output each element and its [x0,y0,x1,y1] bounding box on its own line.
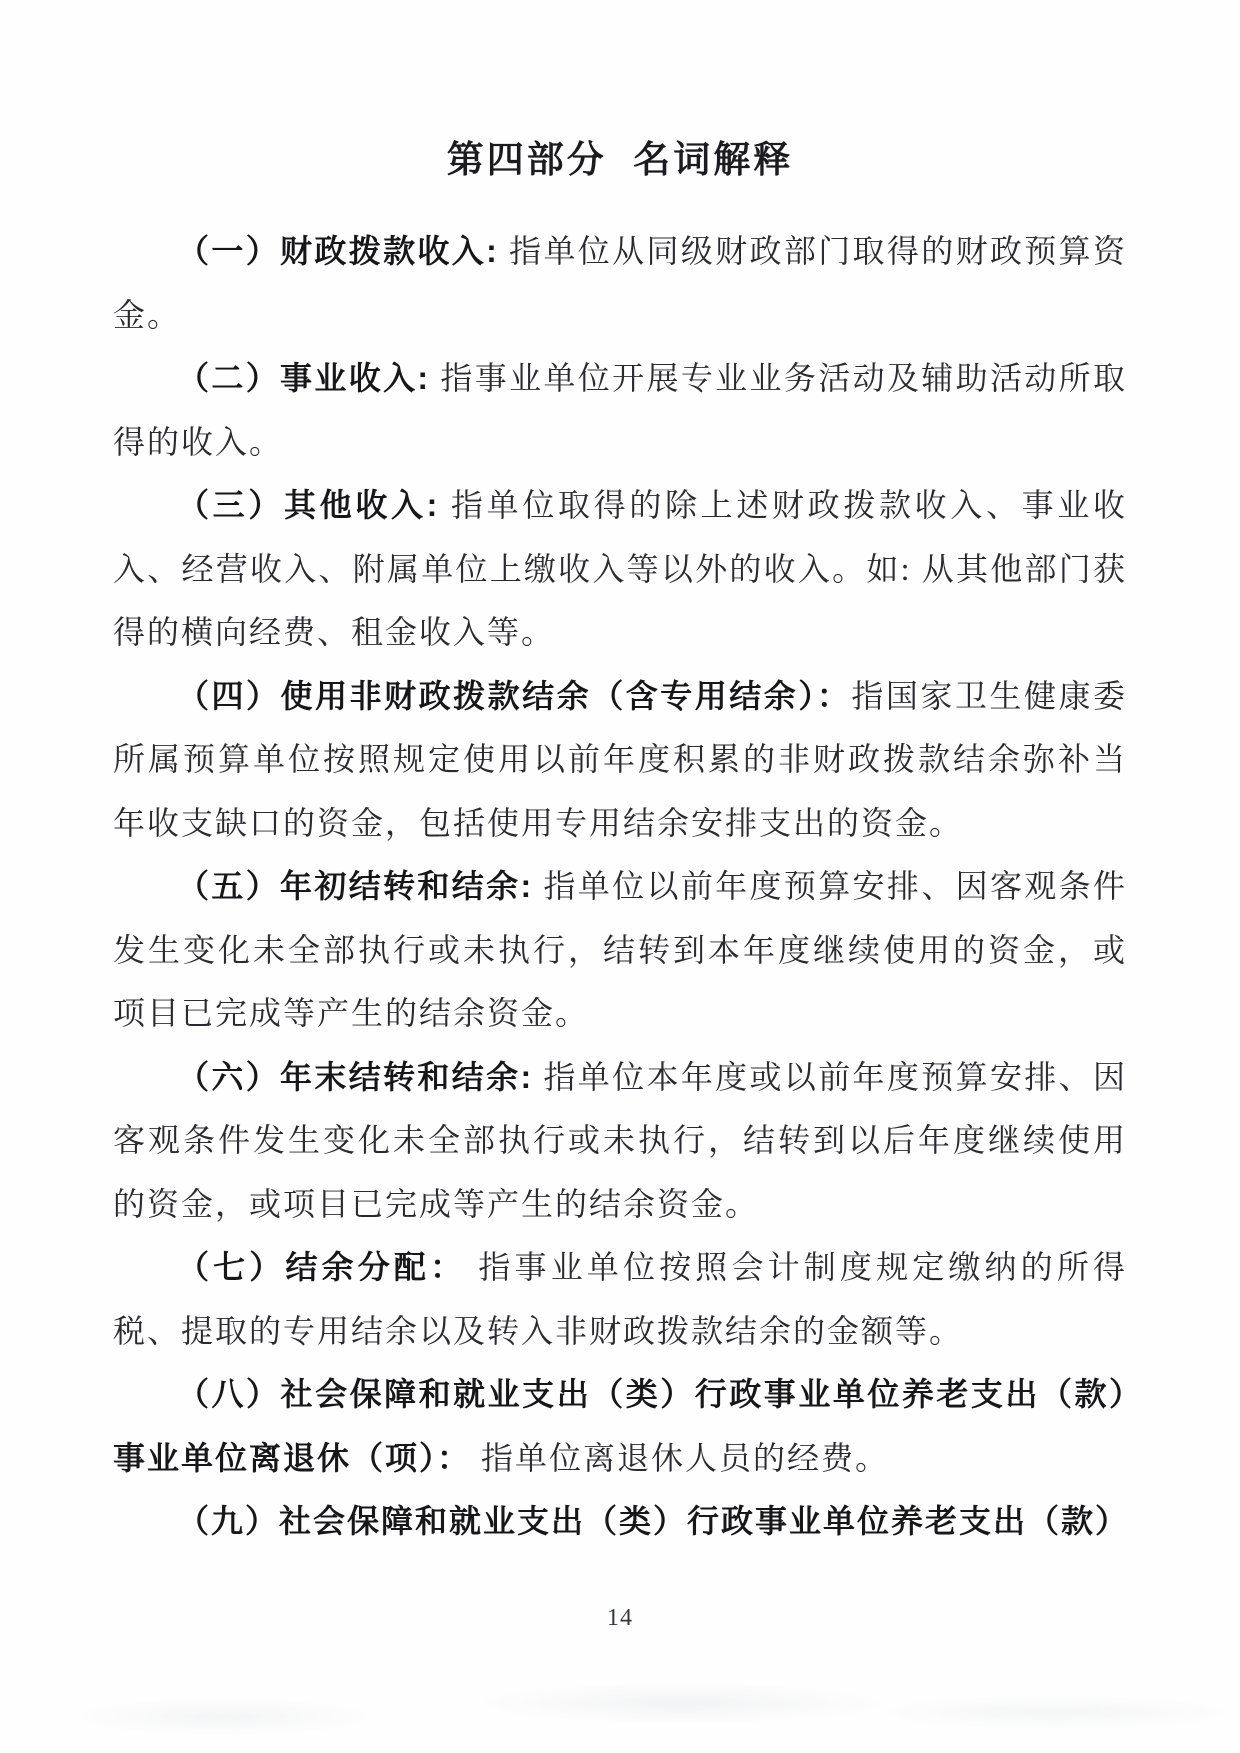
glossary-paragraph: （九）社会保障和就业支出（类）行政事业单位养老支出（款） [113,1490,1127,1554]
definition-text: 指单位离退休人员的经费。 [471,1440,889,1476]
page-title: 第四部分 名词解释 [112,138,1128,182]
glossary-paragraph: （六）年末结转和结余: 指单位本年度或以前年度预算安排、因客观条件发生变化未全部… [113,1046,1127,1237]
glossary-paragraph: （五）年初结转和结余: 指单位以前年度预算安排、因客观条件发生变化未全部执行或未… [113,855,1127,1046]
glossary-content: （一）财政拨款收入: 指单位从同级财政部门取得的财政预算资金。 （二）事业收入:… [113,220,1127,1554]
glossary-paragraph: （四）使用非财政拨款结余（含专用结余）：指国家卫生健康委所属预算单位按照规定使用… [113,665,1127,856]
term-label: （五）年初结转和结余: [177,868,533,904]
glossary-paragraph: （三）其他收入: 指单位取得的除上述财政拨款收入、事业收入、经营收入、附属单位上… [113,474,1127,665]
document-page: 第四部分 名词解释 （一）财政拨款收入: 指单位从同级财政部门取得的财政预算资金… [0,0,1240,1753]
term-label: （七）结余分配： [177,1249,466,1285]
glossary-paragraph: （八）社会保障和就业支出（类）行政事业单位养老支出（款）事业单位离退休（项）： … [113,1363,1127,1490]
glossary-paragraph: （七）结余分配： 指事业单位按照会计制度规定缴纳的所得税、提取的专用结余以及转入… [113,1236,1127,1363]
term-label: （四）使用非财政拨款结余（含专用结余）： [177,678,851,714]
term-label: （三）其他收入: [177,487,439,523]
glossary-paragraph: （二）事业收入: 指事业单位开展专业业务活动及辅助活动所取得的收入。 [113,347,1127,474]
scan-noise-artifact [0,1663,1240,1753]
term-label: （九）社会保障和就业支出（类）行政事业单位养老支出（款） [177,1503,1129,1539]
term-label: （二）事业收入: [177,360,430,396]
term-label: （六）年末结转和结余: [177,1059,533,1095]
page-number: 14 [0,1603,1240,1633]
term-label: （一）财政拨款收入: [177,233,499,269]
glossary-paragraph: （一）财政拨款收入: 指单位从同级财政部门取得的财政预算资金。 [113,220,1127,347]
